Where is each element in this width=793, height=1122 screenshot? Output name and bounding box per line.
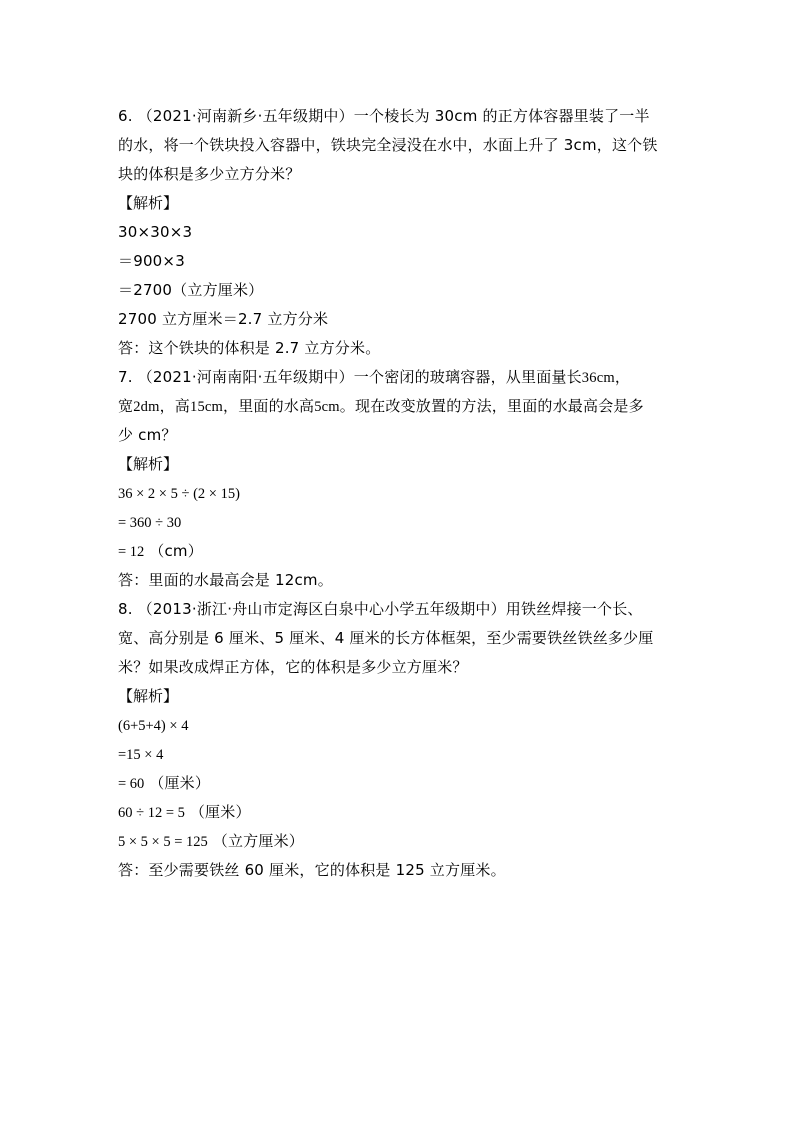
math-expression: 5 × 5 × 5 = 125 [118,834,208,850]
measurement: 15cm [190,399,223,415]
solution-step: = 12 （cm） [118,537,678,566]
unit-label: （厘米） [144,774,210,792]
text-segment: ，里面的水高 [223,397,314,415]
analysis-heading: 【解析】 [118,682,678,711]
unit-label: （cm） [144,542,203,560]
solution-step: =15 × 4 [118,740,678,769]
text-segment: 。现在改变放置的方法，里面的水最高会是多 [340,397,644,415]
math-expression: 60 ÷ 12 = 5 [118,805,185,821]
solution-step: ＝900×3 [118,247,678,276]
question-7: 7. （2021·河南南阳·五年级期中）一个密闭的玻璃容器，从里面量长36cm，… [118,363,678,595]
math-expression: = 360 ÷ 30 [118,515,181,531]
solution-step: 2700 立方厘米＝2.7 立方分米 [118,305,678,334]
question-text-line: 米？如果改成焊正方体，它的体积是多少立方厘米？ [118,653,678,682]
question-6: 6. （2021·河南新乡·五年级期中）一个棱长为 30cm 的正方体容器里装了… [118,102,678,363]
answer-line: 答：至少需要铁丝 60 厘米，它的体积是 125 立方厘米。 [118,856,678,885]
question-text-line: 的水，将一个铁块投入容器中，铁块完全浸没在水中，水面上升了 3cm，这个铁 [118,131,678,160]
solution-step: ＝2700（立方厘米） [118,276,678,305]
solution-step: = 60 （厘米） [118,769,678,798]
unit-label: （立方厘米） [208,832,304,850]
solution-step: 60 ÷ 12 = 5 （厘米） [118,798,678,827]
solution-step: 5 × 5 × 5 = 125 （立方厘米） [118,827,678,856]
text-segment: ， [615,368,630,386]
question-text-line: 7. （2021·河南南阳·五年级期中）一个密闭的玻璃容器，从里面量长36cm， [118,363,678,392]
question-8: 8. （2013·浙江·舟山市定海区白泉中心小学五年级期中）用铁丝焊接一个长、 … [118,595,678,885]
question-text-line: 块的体积是多少立方分米？ [118,160,678,189]
math-expression: (6+5+4) × 4 [118,718,188,734]
text-segment: 7. （2021·河南南阳·五年级期中）一个密闭的玻璃容器，从里面量长 [118,368,582,386]
question-text-line: 6. （2021·河南新乡·五年级期中）一个棱长为 30cm 的正方体容器里装了… [118,102,678,131]
question-text-line: 宽2dm，高15cm，里面的水高5cm。现在改变放置的方法，里面的水最高会是多 [118,392,678,421]
math-expression: =15 × 4 [118,747,163,763]
unit-label: （厘米） [185,803,251,821]
document-page: 6. （2021·河南新乡·五年级期中）一个棱长为 30cm 的正方体容器里装了… [118,102,678,885]
measurement: 5cm [314,399,340,415]
text-segment: ，高 [160,397,190,415]
math-expression: 36 × 2 × 5 ÷ (2 × 15) [118,486,240,502]
math-expression: = 12 [118,544,144,560]
text-segment: 宽 [118,397,133,415]
solution-step: = 360 ÷ 30 [118,508,678,537]
question-text-line: 8. （2013·浙江·舟山市定海区白泉中心小学五年级期中）用铁丝焊接一个长、 [118,595,678,624]
question-text-line: 少 cm？ [118,421,678,450]
solution-step: (6+5+4) × 4 [118,711,678,740]
analysis-heading: 【解析】 [118,189,678,218]
question-text-line: 宽、高分别是 6 厘米、5 厘米、4 厘米的长方体框架，至少需要铁丝铁丝多少厘 [118,624,678,653]
answer-line: 答：这个铁块的体积是 2.7 立方分米。 [118,334,678,363]
solution-step: 36 × 2 × 5 ÷ (2 × 15) [118,479,678,508]
math-expression: = 60 [118,776,144,792]
solution-step: 30×30×3 [118,218,678,247]
answer-line: 答：里面的水最高会是 12cm。 [118,566,678,595]
analysis-heading: 【解析】 [118,450,678,479]
measurement: 2dm [133,399,159,415]
measurement: 36cm [582,370,615,386]
